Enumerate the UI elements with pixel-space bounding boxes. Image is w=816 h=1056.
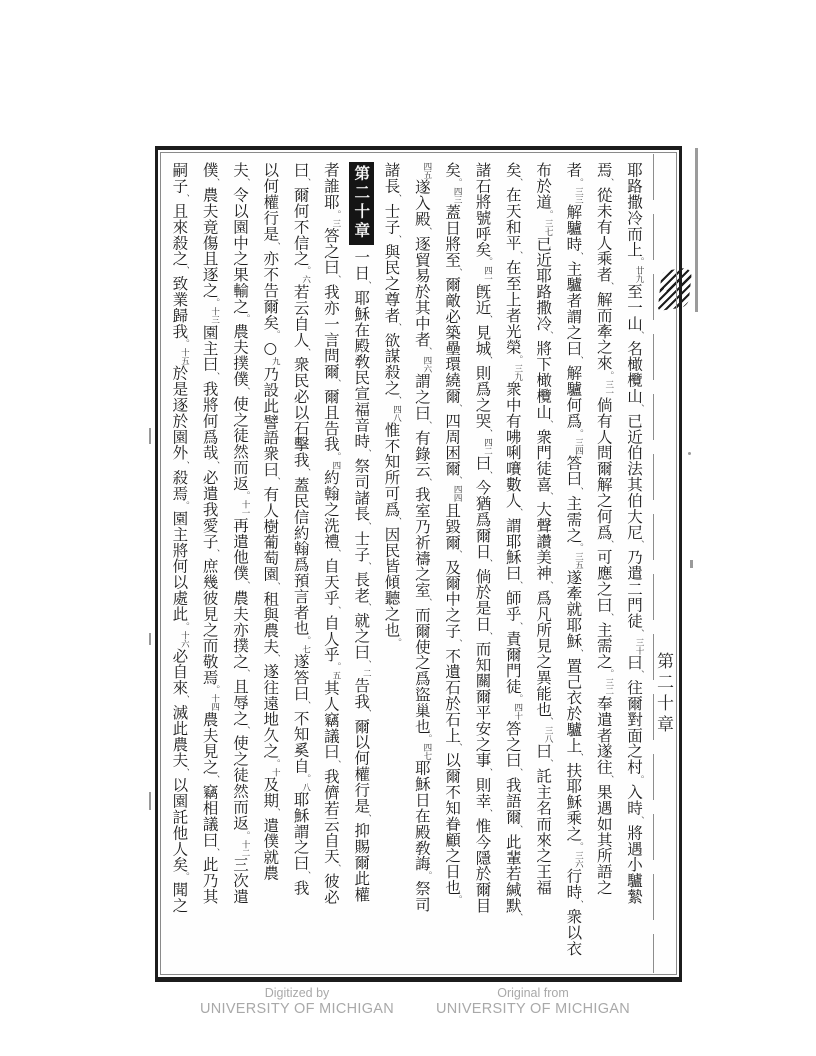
verse-number: 九 xyxy=(270,357,280,366)
punctuation-mark: 。 xyxy=(452,895,462,904)
punctuation-mark: 、 xyxy=(179,695,189,704)
punctuation-mark: 。 xyxy=(270,330,280,339)
punctuation-mark: 、 xyxy=(239,387,249,396)
punctuation-mark: 、 xyxy=(634,404,644,413)
punctuation-mark: 、 xyxy=(361,603,371,612)
punctuation-mark: 、 xyxy=(239,669,249,678)
punctuation-mark: 、 xyxy=(361,660,371,669)
verse-number: 六 xyxy=(301,275,311,284)
punctuation-mark: 、 xyxy=(543,717,553,726)
punctuation-mark: 、 xyxy=(270,477,280,486)
punctuation-mark: 、 xyxy=(452,550,462,559)
punctuation-mark: 、 xyxy=(330,760,340,769)
punctuation-mark: 、 xyxy=(209,549,219,558)
punctuation-mark: 、 xyxy=(482,471,492,480)
punctuation-mark: 、 xyxy=(543,581,553,590)
punctuation-mark: 、 xyxy=(573,753,583,762)
punctuation-mark: 、 xyxy=(634,670,644,679)
punctuation-mark: 。 xyxy=(270,759,280,768)
punctuation-mark: 、 xyxy=(361,814,371,823)
punctuation-mark: 、 xyxy=(452,639,462,648)
text-column: 諸長、士子、與民之尊者、欲謀殺之、四八惟不知所可爲、因民皆傾聽之也。 xyxy=(376,162,406,960)
punctuation-mark: 。 xyxy=(512,355,522,364)
text-column: 夫、令以園中之果輸之。農夫撲僕、使之徒然而返。十一再遣他僕、農夫亦撲之、且辱之、… xyxy=(225,162,255,960)
verse-number: 四八 xyxy=(392,405,402,422)
margin-rule xyxy=(653,154,654,973)
verse-number: 十二 xyxy=(240,840,250,857)
punctuation-mark: 、 xyxy=(421,421,431,430)
punctuation-mark: 、 xyxy=(209,848,219,857)
punctuation-mark: 、 xyxy=(391,194,401,203)
punctuation-mark: 、 xyxy=(209,178,219,187)
verse-number: 三七 xyxy=(543,219,553,236)
punctuation-mark: 。 xyxy=(209,298,219,307)
verse-number: 十四 xyxy=(210,694,220,711)
credit-digitized-by: Digitized by UNIVERSITY OF MICHIGAN xyxy=(192,986,402,1018)
verse-number: 四六 xyxy=(422,356,432,373)
punctuation-mark: 、 xyxy=(512,508,522,517)
text-column: 第二十章一日、耶穌在殿敎民宣福音時、祭司諸長、士子、長老、就之曰、二告我、爾以何… xyxy=(346,162,376,960)
punctuation-mark: 、 xyxy=(634,331,644,340)
text-column: 以何權行是、亦不告爾矣。○九乃設此譬語衆曰、有人樹葡萄園、租與農夫、遂往遠地久之… xyxy=(255,162,285,960)
punctuation-mark: 、 xyxy=(452,404,462,413)
punctuation-mark: 、 xyxy=(573,252,583,261)
punctuation-mark: 、 xyxy=(421,347,431,356)
verse-number: 四七 xyxy=(422,743,432,760)
scan-noise xyxy=(149,792,151,810)
verse-number: 三三 xyxy=(573,187,583,204)
verse-number: 三六 xyxy=(573,851,583,868)
verse-number: 三五 xyxy=(573,552,583,569)
text-columns: 耶路撒冷而上。廿九至一山、名橄欖山、已近伯法其伯大尼、乃遣二門徒、三十曰、往爾對… xyxy=(164,162,649,960)
punctuation-mark: 、 xyxy=(209,775,219,784)
punctuation-mark: 。 xyxy=(179,622,189,631)
scan-noise xyxy=(149,428,151,444)
punctuation-mark: 、 xyxy=(482,632,492,641)
punctuation-mark: 、 xyxy=(482,356,492,365)
punctuation-mark: 、 xyxy=(634,629,644,638)
verse-number: 十五 xyxy=(179,348,189,365)
verse-number: 十六 xyxy=(179,631,189,648)
punctuation-mark: 。 xyxy=(543,210,553,219)
punctuation-mark: 、 xyxy=(270,582,280,591)
verse-number: 廿九 xyxy=(634,266,644,283)
punctuation-mark: 、 xyxy=(330,379,340,388)
punctuation-mark: 、 xyxy=(391,235,401,244)
punctuation-mark: 、 xyxy=(573,487,583,496)
punctuation-mark: 。 xyxy=(179,339,189,348)
verse-number: 四五 xyxy=(422,162,432,179)
scan-noise xyxy=(149,633,151,645)
verse-number: 二 xyxy=(361,669,371,678)
punctuation-mark: 。 xyxy=(300,636,310,645)
punctuation-mark: 、 xyxy=(239,581,249,590)
punctuation-mark: 、 xyxy=(634,540,644,549)
punctuation-mark: 、 xyxy=(209,372,219,381)
punctuation-mark: 、 xyxy=(361,522,371,531)
punctuation-mark: 、 xyxy=(452,743,462,752)
punctuation-mark: 。 xyxy=(573,429,583,438)
punctuation-mark: 、 xyxy=(543,759,553,768)
verse-number: 三四 xyxy=(573,438,583,455)
punctuation-mark: 、 xyxy=(512,251,522,260)
punctuation-mark: 。 xyxy=(179,872,189,881)
punctuation-mark: 。 xyxy=(391,638,401,647)
verse-number: 五 xyxy=(331,671,341,680)
punctuation-mark: 、 xyxy=(330,275,340,284)
punctuation-mark: 、 xyxy=(239,178,249,187)
verse-number: 三十 xyxy=(634,638,644,655)
verse-number: 四二 xyxy=(482,438,492,455)
text-column: 耶路撒冷而上。廿九至一山、名橄欖山、已近伯法其伯大尼、乃遣二門徒、三十曰、往爾對… xyxy=(619,162,649,960)
punctuation-mark: 。 xyxy=(330,452,340,461)
punctuation-mark: 。 xyxy=(239,831,249,840)
verse-number: 三一 xyxy=(604,380,614,397)
verse-number: 十 xyxy=(270,768,280,777)
punctuation-mark: 、 xyxy=(179,266,189,275)
punctuation-mark: 。 xyxy=(452,178,462,187)
punctuation-mark: 、 xyxy=(361,562,371,571)
punctuation-mark: 、 xyxy=(300,701,310,710)
text-column: 諸石將號呼矣。四一旣近、見城、則爲之哭、四二曰、今猶爲爾日、倘於是日、而知關爾平… xyxy=(467,162,497,960)
credit-line: UNIVERSITY OF MICHIGAN xyxy=(428,1000,638,1018)
punctuation-mark: 、 xyxy=(361,709,371,718)
punctuation-mark: 。 xyxy=(239,491,249,500)
punctuation-mark: 。 xyxy=(634,775,644,784)
punctuation-mark: 、 xyxy=(573,356,583,365)
punctuation-mark: 、 xyxy=(391,517,401,526)
verse-number: 四 xyxy=(331,461,341,470)
punctuation-mark: 、 xyxy=(300,468,310,477)
text-column: 焉、從未有人乘者、解而牽之來。三一倘有人問爾解之何爲、可應之曰、主需之。三二奉遣… xyxy=(588,162,618,960)
verse-number: 三二 xyxy=(604,678,614,695)
punctuation-mark: 、 xyxy=(512,825,522,834)
text-column: 嗣子、且來殺之、致業歸我。十五於是逐於園外、殺焉。園主將何以處此。十六必自來、滅… xyxy=(164,162,194,960)
punctuation-mark: 、 xyxy=(603,613,613,622)
text-column: 四五遂入殿、逐貿易於其中者、四六謂之曰、有錄云、我室乃祈禱之室、而爾使之爲盜巢也… xyxy=(407,162,437,960)
text-column: 僕、農夫竟傷且逐之。十三園主曰、我將何爲哉、必遣我愛子、庶幾彼見之而敬焉。十四農… xyxy=(194,162,224,960)
punctuation-mark: 、 xyxy=(603,540,613,549)
punctuation-mark: 、 xyxy=(300,348,310,357)
page-frame: 第二十章 耶路撒冷而上。廿九至一山、名橄欖山、已近伯法其伯大尼、乃遣二門徒、三十… xyxy=(155,146,682,982)
verse-number: 三 xyxy=(331,219,341,228)
credit-line: Original from xyxy=(428,986,638,1000)
punctuation-mark: 、 xyxy=(391,323,401,332)
punctuation-mark: 、 xyxy=(634,816,644,825)
punctuation-mark: 。 xyxy=(239,314,249,323)
punctuation-mark: 、 xyxy=(512,178,522,187)
punctuation-mark: 、 xyxy=(300,178,310,187)
punctuation-mark: 、 xyxy=(270,654,280,663)
punctuation-mark: 。 xyxy=(330,210,340,219)
punctuation-mark: 、 xyxy=(421,227,431,236)
punctuation-mark: 、 xyxy=(603,178,613,187)
margin-chapter-label: 第二十章 xyxy=(655,652,676,736)
punctuation-mark: 、 xyxy=(482,768,492,777)
punctuation-mark: 、 xyxy=(239,726,249,735)
punctuation-mark: 。 xyxy=(573,842,583,851)
punctuation-mark: 、 xyxy=(391,396,401,405)
verse-number: 三九 xyxy=(513,364,523,381)
verse-number: 四三 xyxy=(452,187,462,204)
verse-number: 七 xyxy=(301,645,311,654)
punctuation-mark: 、 xyxy=(179,194,189,203)
verse-number: 四一 xyxy=(482,266,492,283)
punctuation-mark: 、 xyxy=(482,809,492,818)
punctuation-mark: 。 xyxy=(603,371,613,380)
punctuation-mark: 。 xyxy=(421,734,431,743)
punctuation-mark: 、 xyxy=(603,775,613,784)
scan-noise xyxy=(690,560,693,568)
punctuation-mark: 、 xyxy=(300,871,310,880)
text-column: 矣、在天和平、在至上者光榮。三九衆中有咈唎㘔數人、謂耶穌曰、師乎、責爾門徒。四十… xyxy=(497,162,527,960)
text-column: 布於道。三七已近耶路撒冷、將下橄欖山、衆門徒喜、大聲讚美神、爲凡所見之異能也、三… xyxy=(528,162,558,960)
punctuation-mark: 、 xyxy=(482,559,492,568)
punctuation-mark: 。 xyxy=(512,694,522,703)
punctuation-mark: 、 xyxy=(543,420,553,429)
punctuation-mark: 、 xyxy=(573,900,583,909)
gutter-shadow-line xyxy=(695,148,698,312)
punctuation-mark: 、 xyxy=(452,268,462,277)
punctuation-mark: 、 xyxy=(270,808,280,817)
text-column: 矣。四三蓋日將至、爾敵必築壘環繞爾、四周困爾、四四且毀爾、及爾中之子、不遺石於石… xyxy=(437,162,467,960)
punctuation-mark: 、 xyxy=(512,913,522,922)
scan-noise xyxy=(688,452,691,455)
punctuation-mark: 、 xyxy=(330,864,340,873)
punctuation-mark: 、 xyxy=(573,649,583,658)
credit-line: Digitized by xyxy=(192,986,402,1000)
punctuation-mark: 、 xyxy=(482,429,492,438)
verse-number: 四四 xyxy=(452,485,462,502)
punctuation-mark: 、 xyxy=(209,461,219,470)
text-column: 曰、爾何不信之。六若云自人、衆民必以石擊我、蓋民信約翰爲預言者也。七遂答曰、不知… xyxy=(285,162,315,960)
punctuation-mark: 、 xyxy=(361,449,371,458)
punctuation-mark: 、 xyxy=(512,768,522,777)
punctuation-mark: 、 xyxy=(330,549,340,558)
punctuation-mark: 、 xyxy=(543,492,553,501)
verse-number: 四十 xyxy=(513,703,523,720)
verse-number: 十一 xyxy=(240,500,250,517)
credit-line: UNIVERSITY OF MICHIGAN xyxy=(192,1000,402,1018)
punctuation-mark: 、 xyxy=(179,768,189,777)
punctuation-mark: 。 xyxy=(573,543,583,552)
punctuation-mark: 、 xyxy=(543,331,553,340)
punctuation-mark: 、 xyxy=(179,461,189,470)
punctuation-mark: 。 xyxy=(421,871,431,880)
punctuation-mark: 、 xyxy=(361,281,371,290)
punctuation-mark: 、 xyxy=(330,606,340,615)
credit-original-from: Original from UNIVERSITY OF MICHIGAN xyxy=(428,986,638,1018)
punctuation-mark: 、 xyxy=(270,242,280,251)
punctuation-mark: 、 xyxy=(512,581,522,590)
punctuation-mark: 、 xyxy=(421,478,431,487)
text-column: 者。三三解驢時、主驢者謂之曰、解驢何爲。三四答曰、主需之。三五遂牽就耶穌、置己衣… xyxy=(558,162,588,960)
punctuation-mark: 。 xyxy=(209,685,219,694)
verse-number: 八 xyxy=(301,783,311,792)
punctuation-mark: 、 xyxy=(603,282,613,291)
verse-number: 三八 xyxy=(543,726,553,743)
punctuation-mark: 。 xyxy=(300,774,310,783)
punctuation-mark: 、 xyxy=(421,598,431,607)
text-column: 者誰耶。三答之曰、我亦一言問爾、爾且告我。四約翰之洗禮、自天乎、自人乎。五其人竊… xyxy=(316,162,346,960)
punctuation-mark: 、 xyxy=(482,315,492,324)
chapter-heading: 第二十章 xyxy=(350,162,373,244)
punctuation-mark: 。 xyxy=(573,178,583,187)
verse-number: 十三 xyxy=(210,307,220,324)
ink-hatch-ornament xyxy=(658,267,693,311)
punctuation-mark: 。 xyxy=(179,501,189,510)
punctuation-mark: 、 xyxy=(512,622,522,631)
